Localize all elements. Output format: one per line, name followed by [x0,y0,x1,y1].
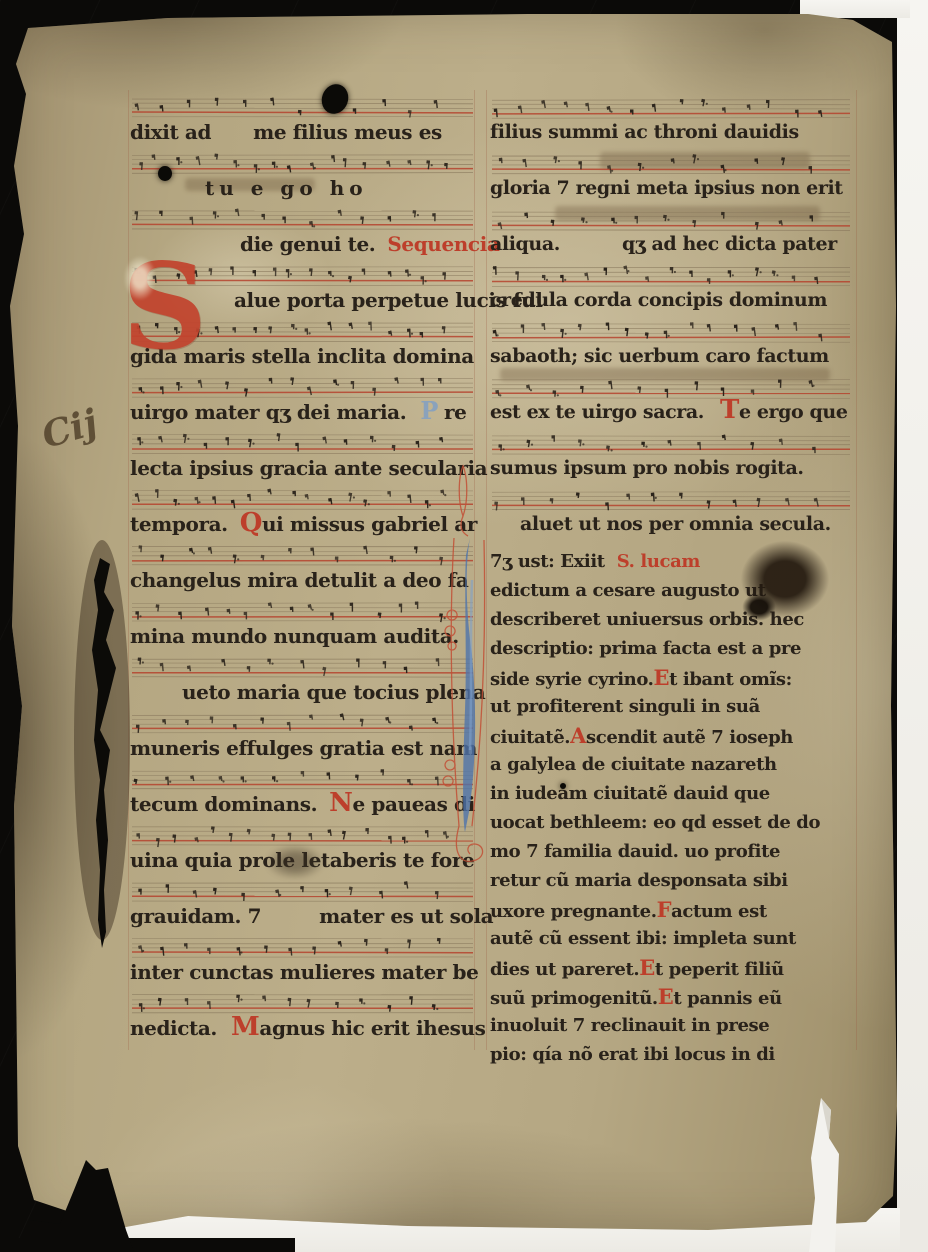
music-staff [130,544,475,568]
parchment-hole [560,783,566,789]
rubric-text: E [639,953,655,982]
rubric-text: N [329,798,352,808]
chant-text: suũ primogenitũ. [490,984,658,1013]
prose-line: uocat bethleem: eo qd esset de do [490,808,820,837]
chant-text: side syrie cyrino. [490,665,654,694]
chant-system: tempora.Qui missus gabriel ar [130,488,475,512]
chant-text: descriptio: prima facta est a pre [490,634,801,663]
edge-tear-left [70,540,134,970]
chant-text: scendit autẽ 7 ioseph [586,723,793,752]
chant-text: uirgo mater qʒ dei maria. [130,400,406,424]
rubric-text: E [654,663,670,692]
chant-text: t peperit filiũ [655,955,784,984]
chant-system: est ex te uirgo sacra.Te ergo que [490,377,852,401]
chant-text: inter cunctas mulieres mater be [130,960,478,984]
rubric-text: M [231,1022,259,1032]
prose-line: retur cũ maria desponsata sibi [490,866,820,895]
music-staff [130,152,475,176]
chant-system: tecum dominans.Ne paueas di [130,768,475,792]
chant-system: sumus ipsum pro nobis rogita. [490,433,852,457]
prose-line: mo 7 familia dauid. uo profite [490,837,820,866]
chant-text: gloria 7 regni meta ipsius non erit [490,177,843,199]
music-staff [130,656,475,680]
chant-system: tu e go ho [130,152,475,176]
chant-text: me filius meus es [253,120,442,144]
chant-text: ut profiterent singuli in suã [490,692,760,721]
parchment-hole [158,166,172,181]
chant-text: muneris effulges gratia est nam [130,736,477,760]
chant-text: uxore pregnante. [490,897,657,926]
prose-line: dies ut pareret. Et peperit filiũ [490,953,820,982]
rubric-text: Sequencia [387,232,499,256]
prose-line: autẽ cũ essent ibi: impleta sunt [490,924,820,953]
chant-text: in iudeam ciuitatẽ dauid que [490,779,770,808]
chant-text-line: sumus ipsum pro nobis rogita. [490,457,804,479]
chant-text-line: sabaoth; sic uerbum caro factum [490,345,829,367]
chant-text: filius summi ac throni dauidis [490,121,799,143]
chant-system: credula corda concipis dominum [490,265,852,289]
chant-system: aluet ut nos per omnia secula. [490,489,852,513]
chant-text: tu e go ho [205,176,368,200]
chant-text: 7ʒ ust: Exiit [490,547,605,576]
music-staff [490,433,852,457]
chant-system: dixit adme filius meus es [130,96,475,120]
chant-system: muneris effulges gratia est nam [130,712,475,736]
chant-text-line: filius summi ac throni dauidis [490,121,799,143]
rubric-text: T [720,405,739,415]
chant-text: mater es ut sola [319,904,493,928]
chant-text-line: inter cunctas mulieres mater be [130,960,478,984]
chant-text: mina mundo nunquam audita. [130,624,459,648]
music-staff [490,153,852,177]
chant-text-line: tempora.Qui missus gabriel ar [130,512,477,536]
chant-text: e ergo que [739,401,848,423]
prose-line: pio: qía nõ erat ibi locus in di [490,1040,820,1069]
chant-text: tempora. [130,512,228,536]
music-staff [130,936,475,960]
chant-text: uocat bethleem: eo qd esset de do [490,808,820,837]
prose-line: suũ primogenitũ. Et pannis eũ [490,982,820,1011]
prose-line: in iudeam ciuitatẽ dauid que [490,779,820,808]
chant-system: filius summi ac throni dauidis [490,97,852,121]
chant-text-line: credula corda concipis dominum [490,289,827,311]
chant-text: dixit ad [130,120,211,144]
music-staff [130,96,475,120]
music-staff [130,432,475,456]
music-staff [490,489,852,513]
chant-system: die genui te.Sequencia [130,208,475,232]
music-staff [490,97,852,121]
chant-text: inuoluit 7 reclinauit in prese [490,1011,769,1040]
chant-text-line: grauidam. 7mater es ut sola [130,904,493,928]
prose-line: inuoluit 7 reclinauit in prese [490,1011,820,1040]
prose-line: side syrie cyrino. Et ibant omĩs: [490,663,820,692]
edge-notch-bottom-left [30,1160,140,1252]
chant-system: changelus mira detulit a deo fa [130,544,475,568]
chant-text-line: die genui te.Sequencia [240,232,499,256]
rubric-text: S. lucam [617,547,700,576]
prose-line: ciuitatẽ. Ascendit autẽ 7 ioseph [490,721,820,750]
dark-blot-small [738,590,780,624]
chant-text-line: muneris effulges gratia est nam [130,736,477,760]
music-staff [490,321,852,345]
chant-text: mo 7 familia dauid. uo profite [490,837,780,866]
chant-text-line: changelus mira detulit a deo fa [130,568,469,592]
music-staff [130,488,475,512]
chant-text-line: aliqua.qʒ ad hec dicta pater [490,233,837,255]
music-staff [130,208,475,232]
chant-text-line: uirgo mater qʒ dei maria.Pre [130,400,466,424]
chant-text: changelus mira detulit a deo fa [130,568,469,592]
chant-text-line: nedicta.Magnus hic erit ihesus [130,1016,486,1040]
music-staff [130,600,475,624]
chant-system: ueto maria que tocius plena [130,656,475,680]
chant-system: inter cunctas mulieres mater be [130,936,475,960]
prose-line: a galylea de ciuitate nazareth [490,750,820,779]
chant-text: a galylea de ciuitate nazareth [490,750,777,779]
chant-text: autẽ cũ essent ibi: impleta sunt [490,924,796,953]
smudge [255,838,335,886]
chant-system: mina mundo nunquam audita. [130,600,475,624]
gutter-initial-flourish [432,460,504,890]
blue-initial: P [420,406,438,416]
music-staff [130,712,475,736]
chant-text: nedicta. [130,1016,217,1040]
chant-text: qʒ ad hec dicta pater [622,233,837,255]
chant-text-line: dixit adme filius meus es [130,120,442,144]
music-staff [490,209,852,233]
chant-text: t pannis eũ [673,984,781,1013]
prose-line: descriptio: prima facta est a pre [490,634,820,663]
chant-text: re [444,400,466,424]
chant-system: aliqua.qʒ ad hec dicta pater [490,209,852,233]
music-staff [490,265,852,289]
chant-system: uirgo mater qʒ dei maria.Pre [130,376,475,400]
chant-text: agnus hic erit ihesus [259,1016,485,1040]
chant-system: nedicta.Magnus hic erit ihesus [130,992,475,1016]
chant-text: retur cũ maria desponsata sibi [490,866,788,895]
chant-text: die genui te. [240,232,375,256]
photo-backdrop: Cij dixit adme filius meus estu e go hod… [0,0,928,1252]
chant-text-line: tu e go ho [205,176,368,200]
chant-system: sabaoth; sic uerbum caro factum [490,321,852,345]
chant-text-line: mina mundo nunquam audita. [130,624,459,648]
prose-line: uxore pregnante. Factum est [490,895,820,924]
chant-system: lecta ipsius gracia ante secularia [130,432,475,456]
music-staff [490,377,852,401]
chant-text-line: tecum dominans.Ne paueas di [130,792,475,816]
prose-line: ut profiterent singuli in suã [490,692,820,721]
chant-system: gloria 7 regni meta ipsius non erit [490,153,852,177]
chant-text-line: gloria 7 regni meta ipsius non erit [490,177,843,199]
chant-text: dies ut pareret. [490,955,639,984]
chant-text: edictum a cesare augusto ut [490,576,766,605]
ruling-line [856,90,857,1050]
rubric-text: E [658,982,674,1011]
rubric-text: Q [240,518,262,528]
chant-text: credula corda concipis dominum [490,289,827,311]
music-staff [130,992,475,1016]
chant-text: sabaoth; sic uerbum caro factum [490,345,829,367]
light-spot [118,248,162,308]
chant-text: actum est [671,897,767,926]
chant-text: sumus ipsum pro nobis rogita. [490,457,804,479]
rubric-text: F [657,895,672,924]
chant-text: est ex te uirgo sacra. [490,401,704,423]
chant-text-line: est ex te uirgo sacra.Te ergo que [490,401,848,423]
chant-text: t ibant omĩs: [669,665,792,694]
chant-text: grauidam. 7 [130,904,261,928]
rubric-text: A [570,721,586,750]
music-staff [130,768,475,792]
chant-text: aliqua. [490,233,560,255]
tear-bottom-right [795,1098,865,1252]
backing-paper-right [897,0,928,1252]
chant-text: pio: qía nõ erat ibi locus in di [490,1040,775,1069]
chant-text: tecum dominans. [130,792,317,816]
